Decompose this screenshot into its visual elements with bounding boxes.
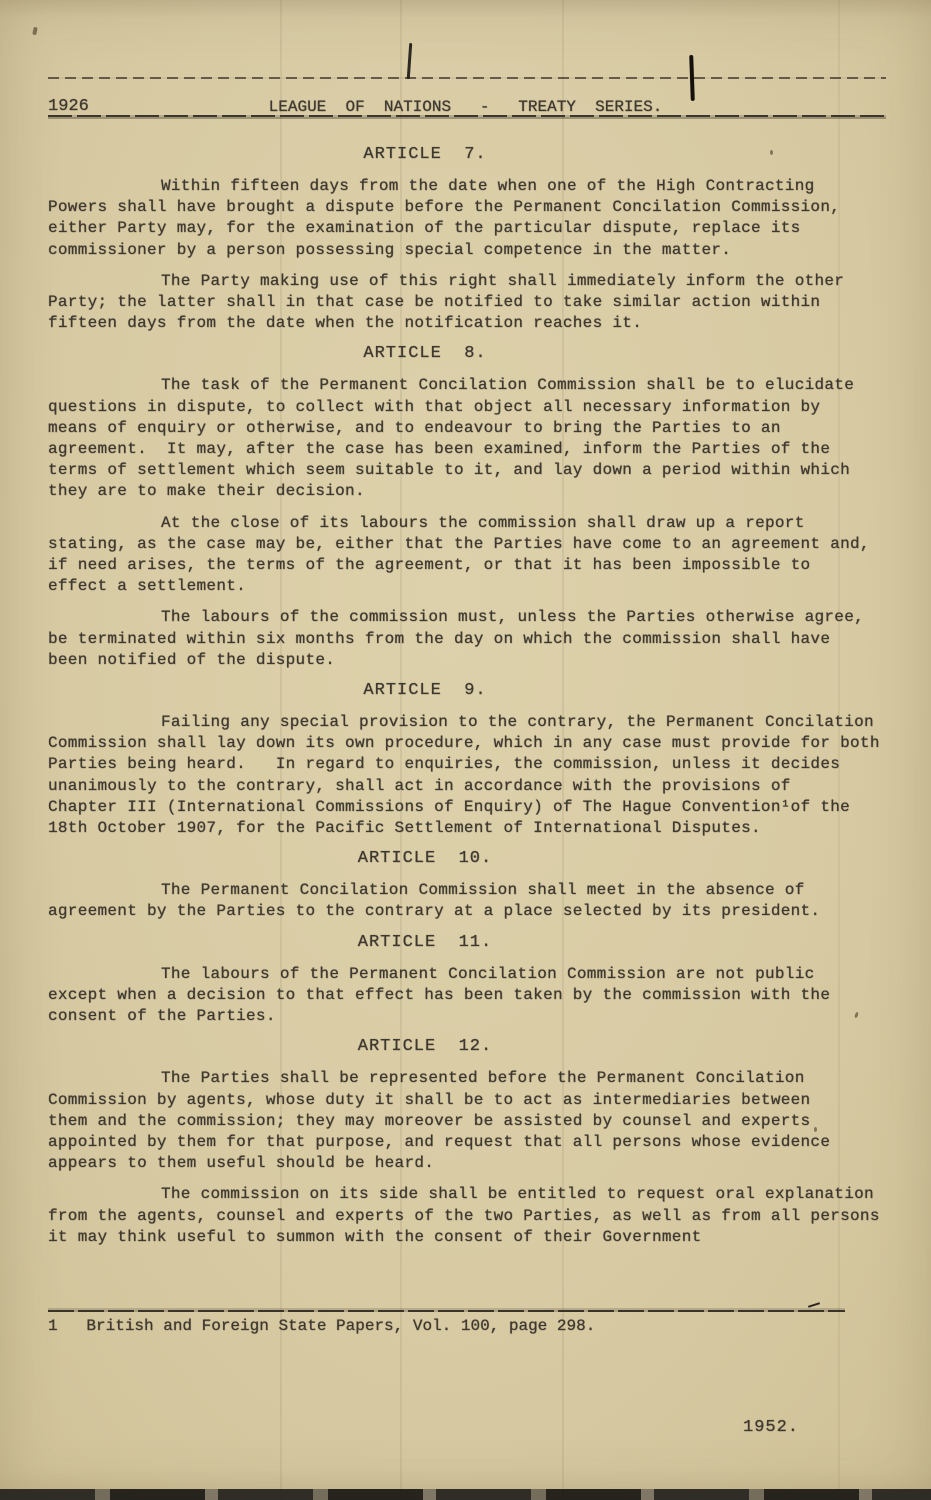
ink-speck	[814, 1127, 817, 1132]
paragraph: The labours of the commission must, unle…	[48, 607, 886, 671]
article-heading: ARTICLE 10.	[6, 849, 844, 869]
text-line: agreement. It may, after the case has be…	[48, 439, 886, 460]
page-number: 1952.	[743, 1418, 799, 1437]
text-line: appears to them useful should be heard.	[48, 1153, 886, 1174]
text-line: questions in dispute, to collect with th…	[48, 397, 886, 418]
paragraph: The Permanent Concilation Commission sha…	[48, 880, 886, 922]
text-line: means of enquiry or otherwise, and to en…	[48, 418, 886, 439]
article-heading: ARTICLE 9.	[6, 681, 844, 701]
footnote-divider	[48, 1310, 845, 1312]
text-line: consent of the Parties.	[48, 1006, 886, 1027]
text-line: Parties being heard. In regard to enquir…	[48, 754, 886, 775]
top-dashed-rule	[48, 77, 886, 79]
text-line: commissioner by a person possessing spec…	[48, 240, 886, 261]
paragraph: Failing any special provision to the con…	[48, 712, 886, 839]
text-line: been notified of the dispute.	[48, 650, 886, 671]
paragraph: The Party making use of this right shall…	[48, 271, 886, 335]
article: ARTICLE 8.The task of the Permanent Conc…	[48, 344, 886, 671]
text-line: Powers shall have brought a dispute befo…	[48, 197, 886, 218]
text-line: appointed by them for that purpose, and …	[48, 1132, 886, 1153]
text-line: effect a settlement.	[48, 576, 886, 597]
text-line: terms of settlement which seem suitable …	[48, 460, 886, 481]
text-line: Party; the latter shall in that case be …	[48, 292, 886, 313]
ink-speck	[32, 27, 38, 36]
text-line: it may think useful to summon with the c…	[48, 1227, 886, 1248]
pen-mark-icon	[689, 55, 695, 101]
article: ARTICLE 9.Failing any special provision …	[48, 681, 886, 839]
paragraph: The Parties shall be represented before …	[48, 1068, 886, 1174]
text-line: stating, as the case may be, either that…	[48, 534, 886, 555]
article: ARTICLE 12.The Parties shall be represen…	[48, 1037, 886, 1248]
ink-speck	[770, 150, 773, 155]
text-line: they are to make their decision.	[48, 481, 886, 502]
text-line: unanimously to the contrary, shall act i…	[48, 776, 886, 797]
text-line: The labours of the Permanent Concilation…	[48, 964, 886, 985]
article: ARTICLE 11.The labours of the Permanent …	[48, 933, 886, 1028]
text-line: 18th October 1907, for the Pacific Settl…	[48, 818, 886, 839]
text-line: The task of the Permanent Concilation Co…	[48, 375, 886, 396]
text-line: Chapter III (International Commissions o…	[48, 797, 886, 818]
articles: ARTICLE 7.Within fifteen days from the d…	[48, 136, 886, 1258]
text-line: them and the commission; they may moreov…	[48, 1111, 886, 1132]
text-line: Commission by agents, whose duty it shal…	[48, 1090, 886, 1111]
paragraph: The labours of the Permanent Concilation…	[48, 964, 886, 1028]
article-heading: ARTICLE 7.	[6, 145, 844, 165]
text-line: from the agents, counsel and experts of …	[48, 1206, 886, 1227]
header-underline	[48, 115, 886, 117]
paragraph: The task of the Permanent Concilation Co…	[48, 375, 886, 502]
scan-edge	[0, 1489, 931, 1500]
article: ARTICLE 10.The Permanent Concilation Com…	[48, 849, 886, 922]
text-line: The Permanent Concilation Commission sha…	[48, 880, 886, 901]
footnote-divider-tick	[808, 1302, 820, 1308]
text-line: Failing any special provision to the con…	[48, 712, 886, 733]
scanned-treaty-page: 1926 LEAGUE OF NATIONS - TREATY SERIES. …	[0, 0, 931, 1500]
paragraph: At the close of its labours the commissi…	[48, 513, 886, 598]
article-heading: ARTICLE 12.	[6, 1037, 844, 1057]
text-line: agreement by the Parties to the contrary…	[48, 901, 886, 922]
header-title: LEAGUE OF NATIONS - TREATY SERIES.	[0, 98, 931, 116]
text-line: At the close of its labours the commissi…	[48, 513, 886, 534]
article: ARTICLE 7.Within fifteen days from the d…	[48, 145, 886, 334]
article-heading: ARTICLE 8.	[6, 344, 844, 364]
article-heading: ARTICLE 11.	[6, 933, 844, 953]
paragraph: The commission on its side shall be enti…	[48, 1184, 886, 1248]
text-line: The Parties shall be represented before …	[48, 1068, 886, 1089]
text-line: The commission on its side shall be enti…	[48, 1184, 886, 1205]
text-line: Commission shall lay down its own proced…	[48, 733, 886, 754]
text-line: fifteen days from the date when the noti…	[48, 313, 886, 334]
text-line: The labours of the commission must, unle…	[48, 607, 886, 628]
text-line: be terminated within six months from the…	[48, 629, 886, 650]
footnote: 1 British and Foreign State Papers, Vol.…	[48, 1317, 595, 1335]
text-line: except when a decision to that effect ha…	[48, 985, 886, 1006]
text-line: if need arises, the terms of the agreeme…	[48, 555, 886, 576]
text-line: Within fifteen days from the date when o…	[48, 176, 886, 197]
text-line: The Party making use of this right shall…	[48, 271, 886, 292]
text-line: either Party may, for the examination of…	[48, 218, 886, 239]
paragraph: Within fifteen days from the date when o…	[48, 176, 886, 261]
pen-mark-icon	[407, 43, 413, 79]
